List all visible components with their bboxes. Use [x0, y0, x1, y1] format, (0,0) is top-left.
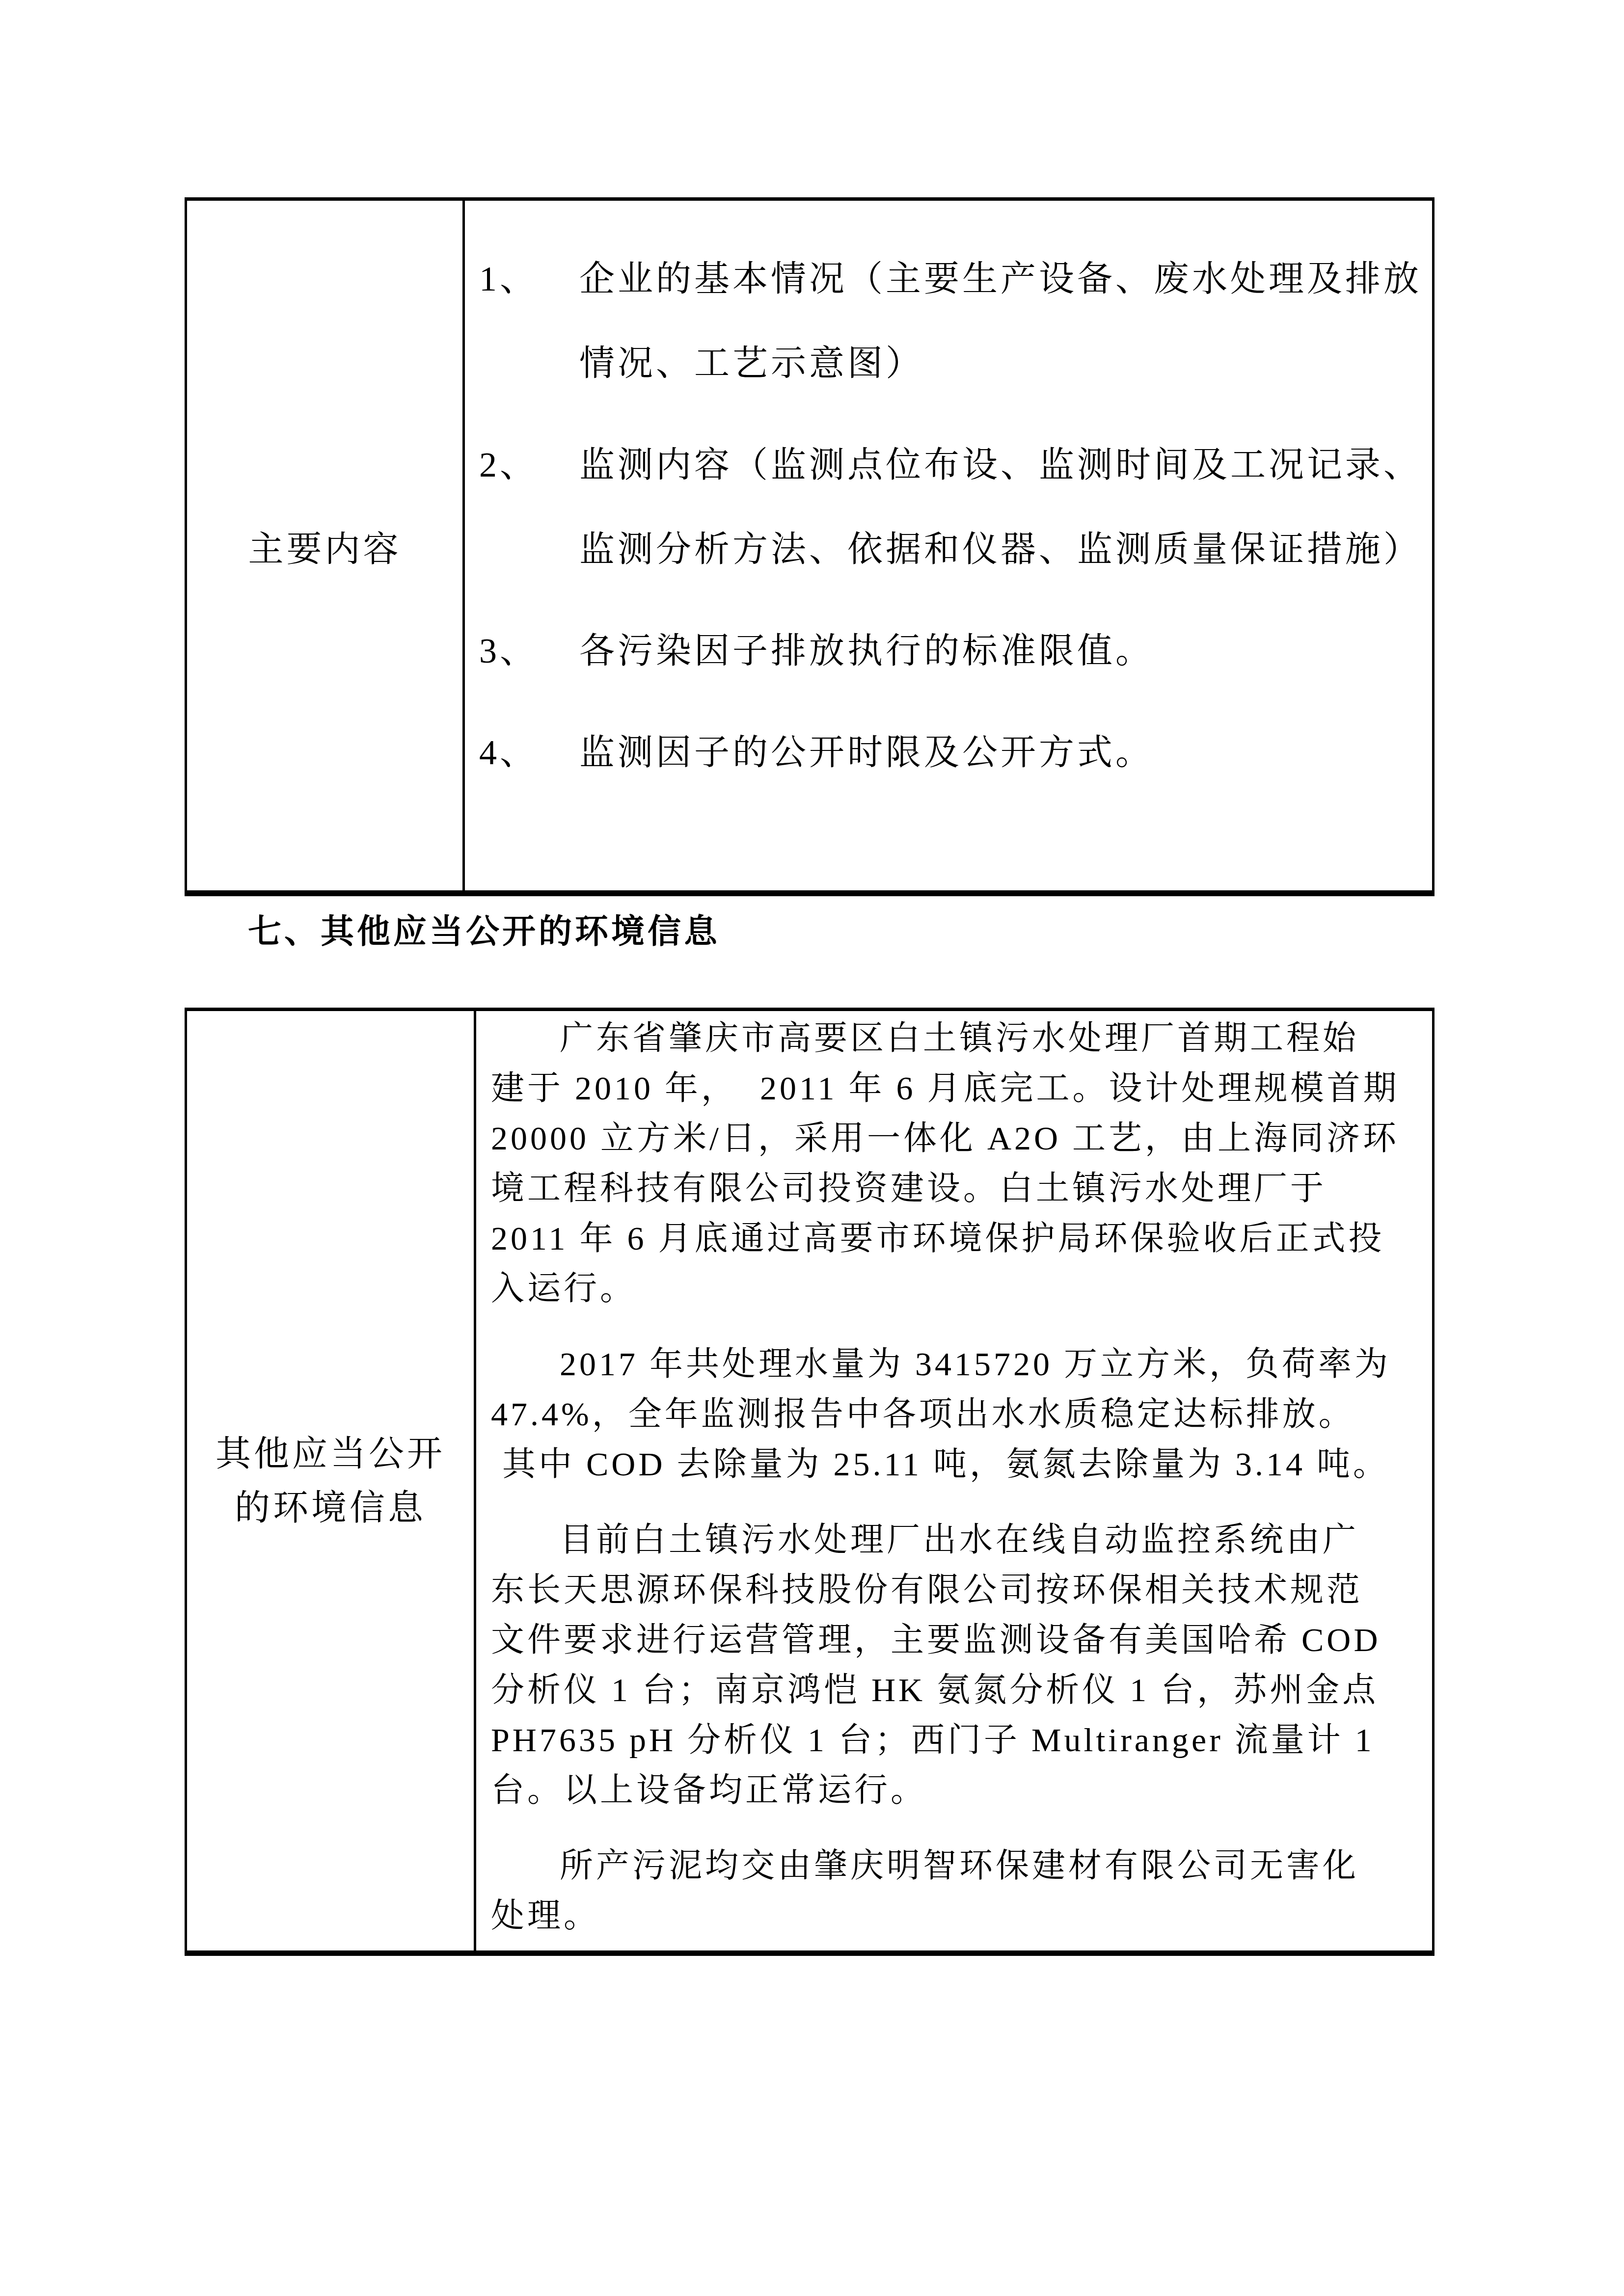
list-item: 2、 监测内容（监测点位布设、监测时间及工况记录、 监测分析方法、依据和仪器、监… — [479, 423, 1422, 591]
main-content-label: 主要内容 — [248, 520, 401, 571]
item-line: 监测分析方法、依据和仪器、监测质量保证措施） — [579, 507, 1422, 591]
item-line: 企业的基本情况（主要生产设备、废水处理及排放 — [579, 237, 1422, 321]
paragraph-line: 47.4%，全年监测报告中各项出水水质稳定达标排放。 — [491, 1389, 1422, 1439]
paragraph-line: 文件要求进行运营管理，主要监测设备有美国哈希 COD — [491, 1615, 1422, 1665]
paragraph-line: 东长天思源环保科技股份有限公司按环保相关技术规范 — [491, 1565, 1422, 1615]
paragraph: 目前白土镇污水处理厂出水在线自动监控系统由广 东长天思源环保科技股份有限公司按环… — [491, 1515, 1422, 1815]
item-line: 情况、工艺示意图） — [579, 321, 1422, 405]
paragraph-line: 20000 立方米/日，采用一体化 A2O 工艺，由上海同济环 — [491, 1113, 1422, 1163]
paragraph-line: 建于 2010 年， 2011 年 6 月底完工。设计处理规模首期 — [491, 1063, 1422, 1113]
paragraph-line: 台。以上设备均正常运行。 — [491, 1765, 1422, 1815]
other-info-label-cell: 其他应当公开 的环境信息 — [187, 1011, 476, 1950]
list-item: 4、 监测因子的公开时限及公开方式。 — [479, 710, 1422, 795]
paragraph-line: 处理。 — [491, 1891, 1422, 1941]
item-number: 3、 — [479, 609, 579, 693]
item-number: 4、 — [479, 710, 579, 795]
item-line: 监测因子的公开时限及公开方式。 — [579, 710, 1422, 795]
item-text: 各污染因子排放执行的标准限值。 — [579, 609, 1422, 693]
paragraph-line: 境工程科技有限公司投资建设。白土镇污水处理厂于 — [491, 1163, 1422, 1213]
paragraph-line: PH7635 pH 分析仪 1 台；西门子 Multiranger 流量计 1 — [491, 1715, 1422, 1765]
paragraph-line: 2011 年 6 月底通过高要市环境保护局环保验收后正式投 — [491, 1213, 1422, 1263]
paragraph: 2017 年共处理水量为 3415720 万立方米，负荷率为 47.4%，全年监… — [491, 1339, 1422, 1489]
paragraph-line: 其中 COD 去除量为 25.11 吨，氨氮去除量为 3.14 吨。 — [491, 1439, 1422, 1489]
main-content-table: 主要内容 1、 企业的基本情况（主要生产设备、废水处理及排放 情况、工艺示意图）… — [185, 197, 1435, 896]
document-page: 主要内容 1、 企业的基本情况（主要生产设备、废水处理及排放 情况、工艺示意图）… — [0, 0, 1624, 2296]
other-info-label-line: 的环境信息 — [235, 1481, 426, 1535]
paragraph-line: 目前白土镇污水处理厂出水在线自动监控系统由广 — [491, 1515, 1422, 1565]
paragraph-line: 所产污泥均交由肇庆明智环保建材有限公司无害化 — [491, 1841, 1422, 1891]
item-line: 各污染因子排放执行的标准限值。 — [579, 609, 1422, 693]
paragraph-line: 2017 年共处理水量为 3415720 万立方米，负荷率为 — [491, 1339, 1422, 1389]
list-item: 1、 企业的基本情况（主要生产设备、废水处理及排放 情况、工艺示意图） — [479, 237, 1422, 405]
item-text: 企业的基本情况（主要生产设备、废水处理及排放 情况、工艺示意图） — [579, 237, 1422, 405]
main-content-list: 1、 企业的基本情况（主要生产设备、废水处理及排放 情况、工艺示意图） 2、 监… — [465, 201, 1432, 890]
paragraph: 广东省肇庆市高要区白土镇污水处理厂首期工程始 建于 2010 年， 2011 年… — [491, 1013, 1422, 1313]
item-text: 监测因子的公开时限及公开方式。 — [579, 710, 1422, 795]
paragraph: 所产污泥均交由肇庆明智环保建材有限公司无害化 处理。 — [491, 1841, 1422, 1941]
paragraph-line: 入运行。 — [491, 1263, 1422, 1313]
item-line: 监测内容（监测点位布设、监测时间及工况记录、 — [579, 423, 1422, 507]
main-content-label-cell: 主要内容 — [187, 201, 465, 890]
other-info-content: 广东省肇庆市高要区白土镇污水处理厂首期工程始 建于 2010 年， 2011 年… — [476, 1011, 1432, 1950]
other-info-table: 其他应当公开 的环境信息 广东省肇庆市高要区白土镇污水处理厂首期工程始 建于 2… — [185, 1008, 1435, 1956]
item-number: 2、 — [479, 423, 579, 591]
list-item: 3、 各污染因子排放执行的标准限值。 — [479, 609, 1422, 693]
item-number: 1、 — [479, 237, 579, 405]
other-info-label-line: 其他应当公开 — [216, 1427, 445, 1481]
item-text: 监测内容（监测点位布设、监测时间及工况记录、 监测分析方法、依据和仪器、监测质量… — [579, 423, 1422, 591]
paragraph-line: 分析仪 1 台；南京鸿恺 HK 氨氮分析仪 1 台，苏州金点 — [491, 1665, 1422, 1715]
section-heading: 七、其他应当公开的环境信息 — [248, 909, 720, 954]
paragraph-line: 广东省肇庆市高要区白土镇污水处理厂首期工程始 — [491, 1013, 1422, 1063]
